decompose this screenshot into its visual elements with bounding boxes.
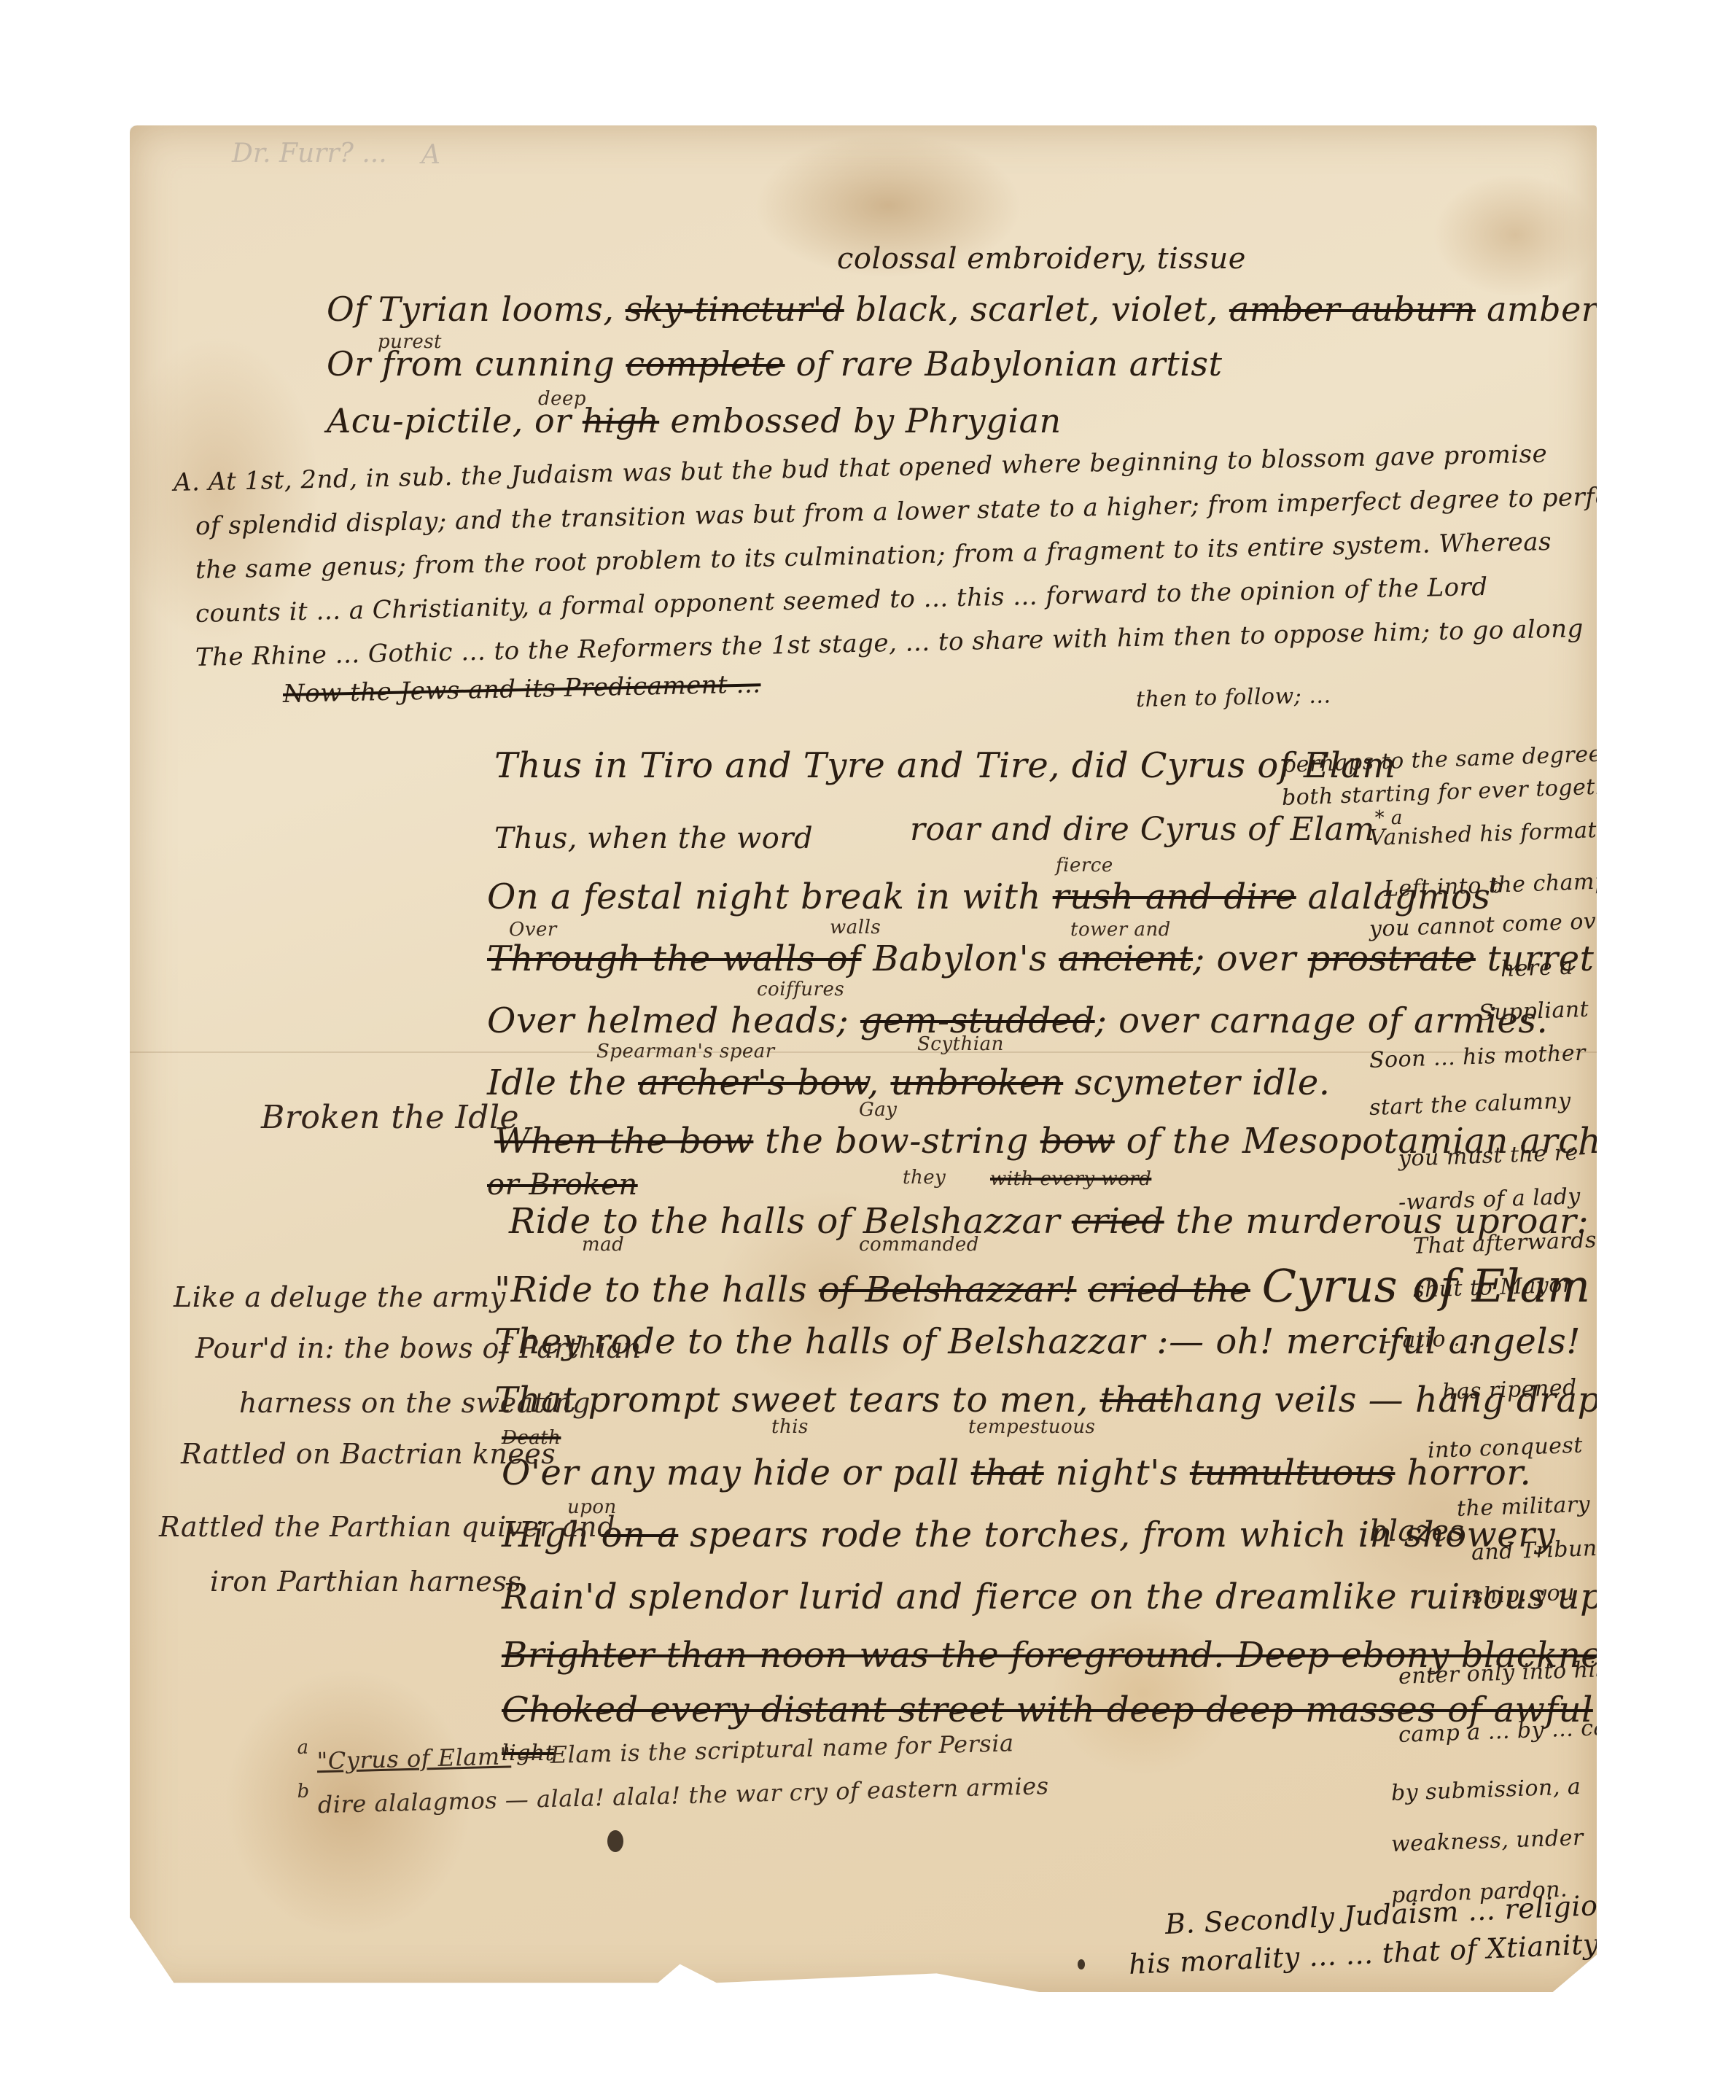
struck-text: tumultuous bbox=[1190, 1452, 1396, 1493]
faint-note: Dr. Furr? ... bbox=[232, 139, 387, 168]
faint-note: A bbox=[421, 140, 440, 170]
prose-line: then to follow; ... bbox=[1136, 682, 1331, 712]
right-margin-note: Left into the champaign bbox=[1383, 867, 1659, 902]
struck-text: high bbox=[583, 401, 659, 440]
verse-line-6: Idle the archer's bow, unbroken scymeter… bbox=[487, 1062, 1331, 1103]
verse-line-12: O'er any may hide or pall that night's t… bbox=[502, 1452, 1531, 1493]
struck-text: Through the walls of bbox=[487, 938, 861, 979]
left-margin-note: Pour'd in: the bows of Parthian bbox=[195, 1332, 642, 1364]
text: Or from cunning bbox=[327, 344, 615, 384]
text: Acu-pictile, or bbox=[327, 401, 572, 440]
struck-insertion: with every word bbox=[990, 1168, 1151, 1190]
left-margin-note: iron Parthian harness bbox=[210, 1566, 521, 1598]
text: of the bbox=[1126, 1121, 1231, 1162]
left-margin-note: Broken the Idle bbox=[261, 1099, 519, 1136]
text: amber bbox=[1487, 289, 1597, 329]
insertion-above: fierce bbox=[1056, 855, 1113, 876]
text: "Ride to the halls bbox=[494, 1269, 807, 1310]
insertion-above: walls bbox=[830, 917, 881, 938]
text: O'er any may hide or pall bbox=[502, 1452, 960, 1493]
left-margin-note: harness on the sweating bbox=[239, 1387, 591, 1419]
text: scymeter idle. bbox=[1075, 1062, 1331, 1103]
text: night's bbox=[1056, 1452, 1179, 1493]
ink-blot bbox=[1078, 1959, 1085, 1969]
insertion-above: colossal embroidery, tissue bbox=[837, 242, 1246, 276]
insertion-above: Scythian bbox=[917, 1033, 1004, 1055]
right-margin-note: Soon ... his mother bbox=[1369, 1041, 1586, 1073]
left-margin-note: Rattled on Bactrian knees bbox=[181, 1438, 556, 1470]
verse-line-1: Thus in Tiro and Tyre and Tire, did Cyru… bbox=[494, 745, 1396, 786]
footnote-b: b dire alalagmos — alala! alala! the war… bbox=[297, 1772, 1050, 1819]
footnote-text: — alala! alala! the war cry of eastern a… bbox=[505, 1772, 1049, 1814]
struck-text: or Broken bbox=[487, 1168, 638, 1202]
struck-text: with every word bbox=[990, 1168, 1151, 1190]
text: roar and dire Cyrus of Elam bbox=[910, 811, 1375, 848]
right-margin-note: by submission, a bbox=[1390, 1774, 1581, 1806]
text: the bow-string bbox=[765, 1121, 1029, 1162]
insertion-above: tempestuous bbox=[968, 1416, 1095, 1438]
insertion-above: Spearman's spear bbox=[596, 1041, 775, 1062]
footnote-mark: b bbox=[297, 1781, 310, 1802]
struck-text: Now the Jews and its Predicament ... bbox=[283, 669, 761, 709]
text: embossed by Phrygian bbox=[670, 401, 1061, 440]
struck-text: of Belshazzar! bbox=[819, 1269, 1077, 1310]
insertion-above: Gay bbox=[859, 1099, 897, 1121]
right-margin-note: the military bbox=[1456, 1492, 1590, 1522]
struck-text: prostrate bbox=[1308, 938, 1476, 979]
right-margin-note: That afterwards bbox=[1412, 1227, 1597, 1259]
footnote-mark: a bbox=[297, 1737, 309, 1759]
insertion-above: they bbox=[903, 1167, 946, 1189]
footnote-a: a "Cyrus of Elam" — Elam is the scriptur… bbox=[297, 1729, 1014, 1776]
insertion-above: coiffures bbox=[757, 979, 844, 1000]
struck-text: unbroken bbox=[890, 1062, 1063, 1103]
verse-line-3: On a festal night break in with rush and… bbox=[487, 876, 1503, 917]
right-margin-note: Suppliant bbox=[1478, 997, 1589, 1026]
insertion-above: this bbox=[771, 1416, 809, 1438]
right-margin-note: here a bbox=[1500, 954, 1573, 982]
manuscript-paper: Dr. Furr? ... A colossal embroidery, tis… bbox=[130, 125, 1597, 1992]
right-margin-note: has ripened bbox=[1441, 1375, 1577, 1405]
verse-line-2: Thus, when the word bbox=[494, 822, 813, 855]
verse-line-2-right: roar and dire Cyrus of Elam* a bbox=[910, 811, 1403, 848]
text: Thus, when the word bbox=[494, 822, 813, 855]
footnote-term: "Cyrus of Elam" bbox=[316, 1742, 511, 1775]
text: On a festal night break in with bbox=[487, 876, 1041, 917]
verse-line-8-prefix: or Broken bbox=[487, 1168, 638, 1202]
struck-text: that bbox=[1099, 1380, 1172, 1420]
right-margin-note: weakness, under bbox=[1390, 1825, 1584, 1857]
struck-text: that bbox=[971, 1452, 1044, 1493]
right-margin-note: start the calumny bbox=[1369, 1088, 1571, 1121]
text: Over helmed heads; bbox=[487, 1000, 849, 1041]
right-margin-note: Vanished his formation. bbox=[1369, 816, 1640, 851]
text: of rare Babylonian artist bbox=[796, 344, 1223, 384]
struck-text: archer's bow bbox=[638, 1062, 868, 1103]
footnote-term: dire alalagmos bbox=[317, 1786, 497, 1819]
struck-text: complete bbox=[626, 344, 785, 384]
text: Idle the bbox=[487, 1062, 626, 1103]
struck-text: cried the bbox=[1088, 1269, 1250, 1310]
prose-struck-line: Now the Jews and its Predicament ... bbox=[283, 669, 761, 709]
text: Of Tyrian looms, bbox=[327, 289, 614, 329]
struck-text: bow bbox=[1040, 1121, 1115, 1162]
insertion-above: Over bbox=[509, 919, 557, 941]
top-verse-line-2: Or from cunning complete of rare Babylon… bbox=[327, 344, 1223, 384]
right-margin-note: and Tribune bbox=[1471, 1535, 1611, 1566]
left-margin-note: Like a deluge the army bbox=[174, 1281, 506, 1313]
right-margin-note: -ship. you bbox=[1463, 1580, 1575, 1609]
text: Babylon's bbox=[873, 938, 1047, 979]
footnote-text: — Elam is the scriptural name for Persia bbox=[518, 1729, 1014, 1770]
ink-blot bbox=[607, 1830, 623, 1852]
right-margin-note: into conquest bbox=[1427, 1433, 1583, 1463]
text: black, scarlet, violet, bbox=[855, 289, 1218, 329]
struck-text: amber auburn bbox=[1229, 289, 1476, 329]
verse-right-word: blazes bbox=[1369, 1514, 1465, 1548]
text: ; over bbox=[1193, 938, 1296, 979]
struck-text: cried bbox=[1072, 1201, 1164, 1242]
insertion-above: mad bbox=[582, 1234, 624, 1256]
top-verse-line-1: Of Tyrian looms, sky-tinctur'd black, sc… bbox=[327, 289, 1597, 329]
verse-line-5: Over helmed heads; gem-studded; over car… bbox=[487, 1000, 1548, 1041]
struck-text: ancient bbox=[1059, 938, 1193, 979]
insertion-above: commanded bbox=[859, 1234, 979, 1256]
insertion-above: tower and bbox=[1070, 919, 1171, 941]
left-margin-note: Rattled the Parthian quiver and bbox=[159, 1511, 615, 1543]
struck-text: rush and dire bbox=[1053, 876, 1296, 917]
right-margin-note: -ratio ... bbox=[1383, 1326, 1475, 1354]
struck-text: When the bow bbox=[494, 1121, 753, 1162]
top-verse-line-3: Acu-pictile, or high embossed by Phrygia… bbox=[327, 401, 1062, 440]
struck-text: sky-tinctur'd bbox=[625, 289, 844, 329]
